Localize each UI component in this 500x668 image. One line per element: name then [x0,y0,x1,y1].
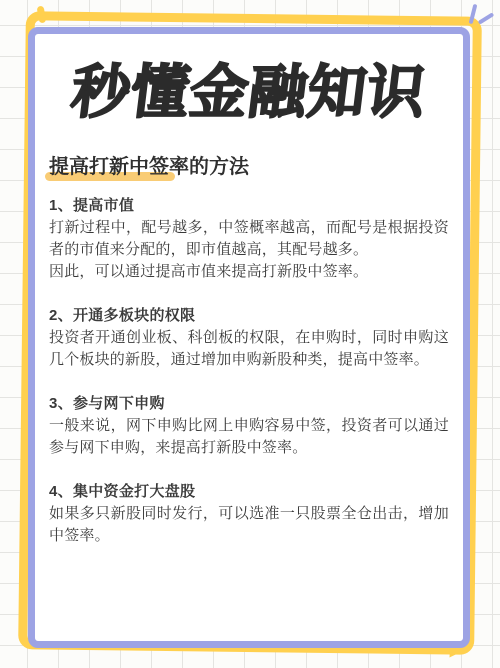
subtitle-text: 提高打新中签率的方法 [49,156,249,178]
content-card: 秒懂金融知识 提高打新中签率的方法 1、提高市值 打新过程中，配号越多，中签概率… [28,27,470,648]
section-heading: 3、参与网下申购 [49,393,449,415]
section-paragraph: 因此，可以通过提高市值来提高打新股中签率。 [49,261,449,283]
section-offline-subscription: 3、参与网下申购 一般来说，网下申购比网上申购容易中签，投资者可以通过参与网下申… [49,393,449,459]
section-concentrate-funds: 4、集中资金打大盘股 如果多只新股同时发行，可以选准一只股票全仓出击，增加中签率… [49,481,449,547]
sections-list: 1、提高市值 打新过程中，配号越多，中签概率越高，而配号是根据投资者的市值来分配… [35,195,463,547]
section-open-board-permissions: 2、开通多板块的权限 投资者开通创业板、科创板的权限，在申购时，同时申购这几个板… [49,305,449,371]
section-heading: 4、集中资金打大盘股 [49,481,449,503]
section-heading: 2、开通多板块的权限 [49,305,449,327]
section-paragraph: 打新过程中，配号越多，中签概率越高，而配号是根据投资者的市值来分配的，即市值越高… [49,217,449,261]
section-paragraph: 如果多只新股同时发行，可以选准一只股票全仓出击，增加中签率。 [49,503,449,547]
section-paragraph: 一般来说，网下申购比网上申购容易中签，投资者可以通过参与网下申购，来提高打新股中… [49,415,449,459]
poster-canvas: 秒懂金融知识 提高打新中签率的方法 1、提高市值 打新过程中，配号越多，中签概率… [0,0,500,668]
subtitle: 提高打新中签率的方法 [49,153,449,181]
section-raise-market-value: 1、提高市值 打新过程中，配号越多，中签概率越高，而配号是根据投资者的市值来分配… [49,195,449,283]
sparkle-tick-icon [478,12,495,24]
section-paragraph: 投资者开通创业板、科创板的权限，在申购时，同时申购这几个板块的新股，通过增加申购… [49,327,449,371]
page-title: 秒懂金融知识 [31,58,468,128]
section-heading: 1、提高市值 [49,195,449,217]
